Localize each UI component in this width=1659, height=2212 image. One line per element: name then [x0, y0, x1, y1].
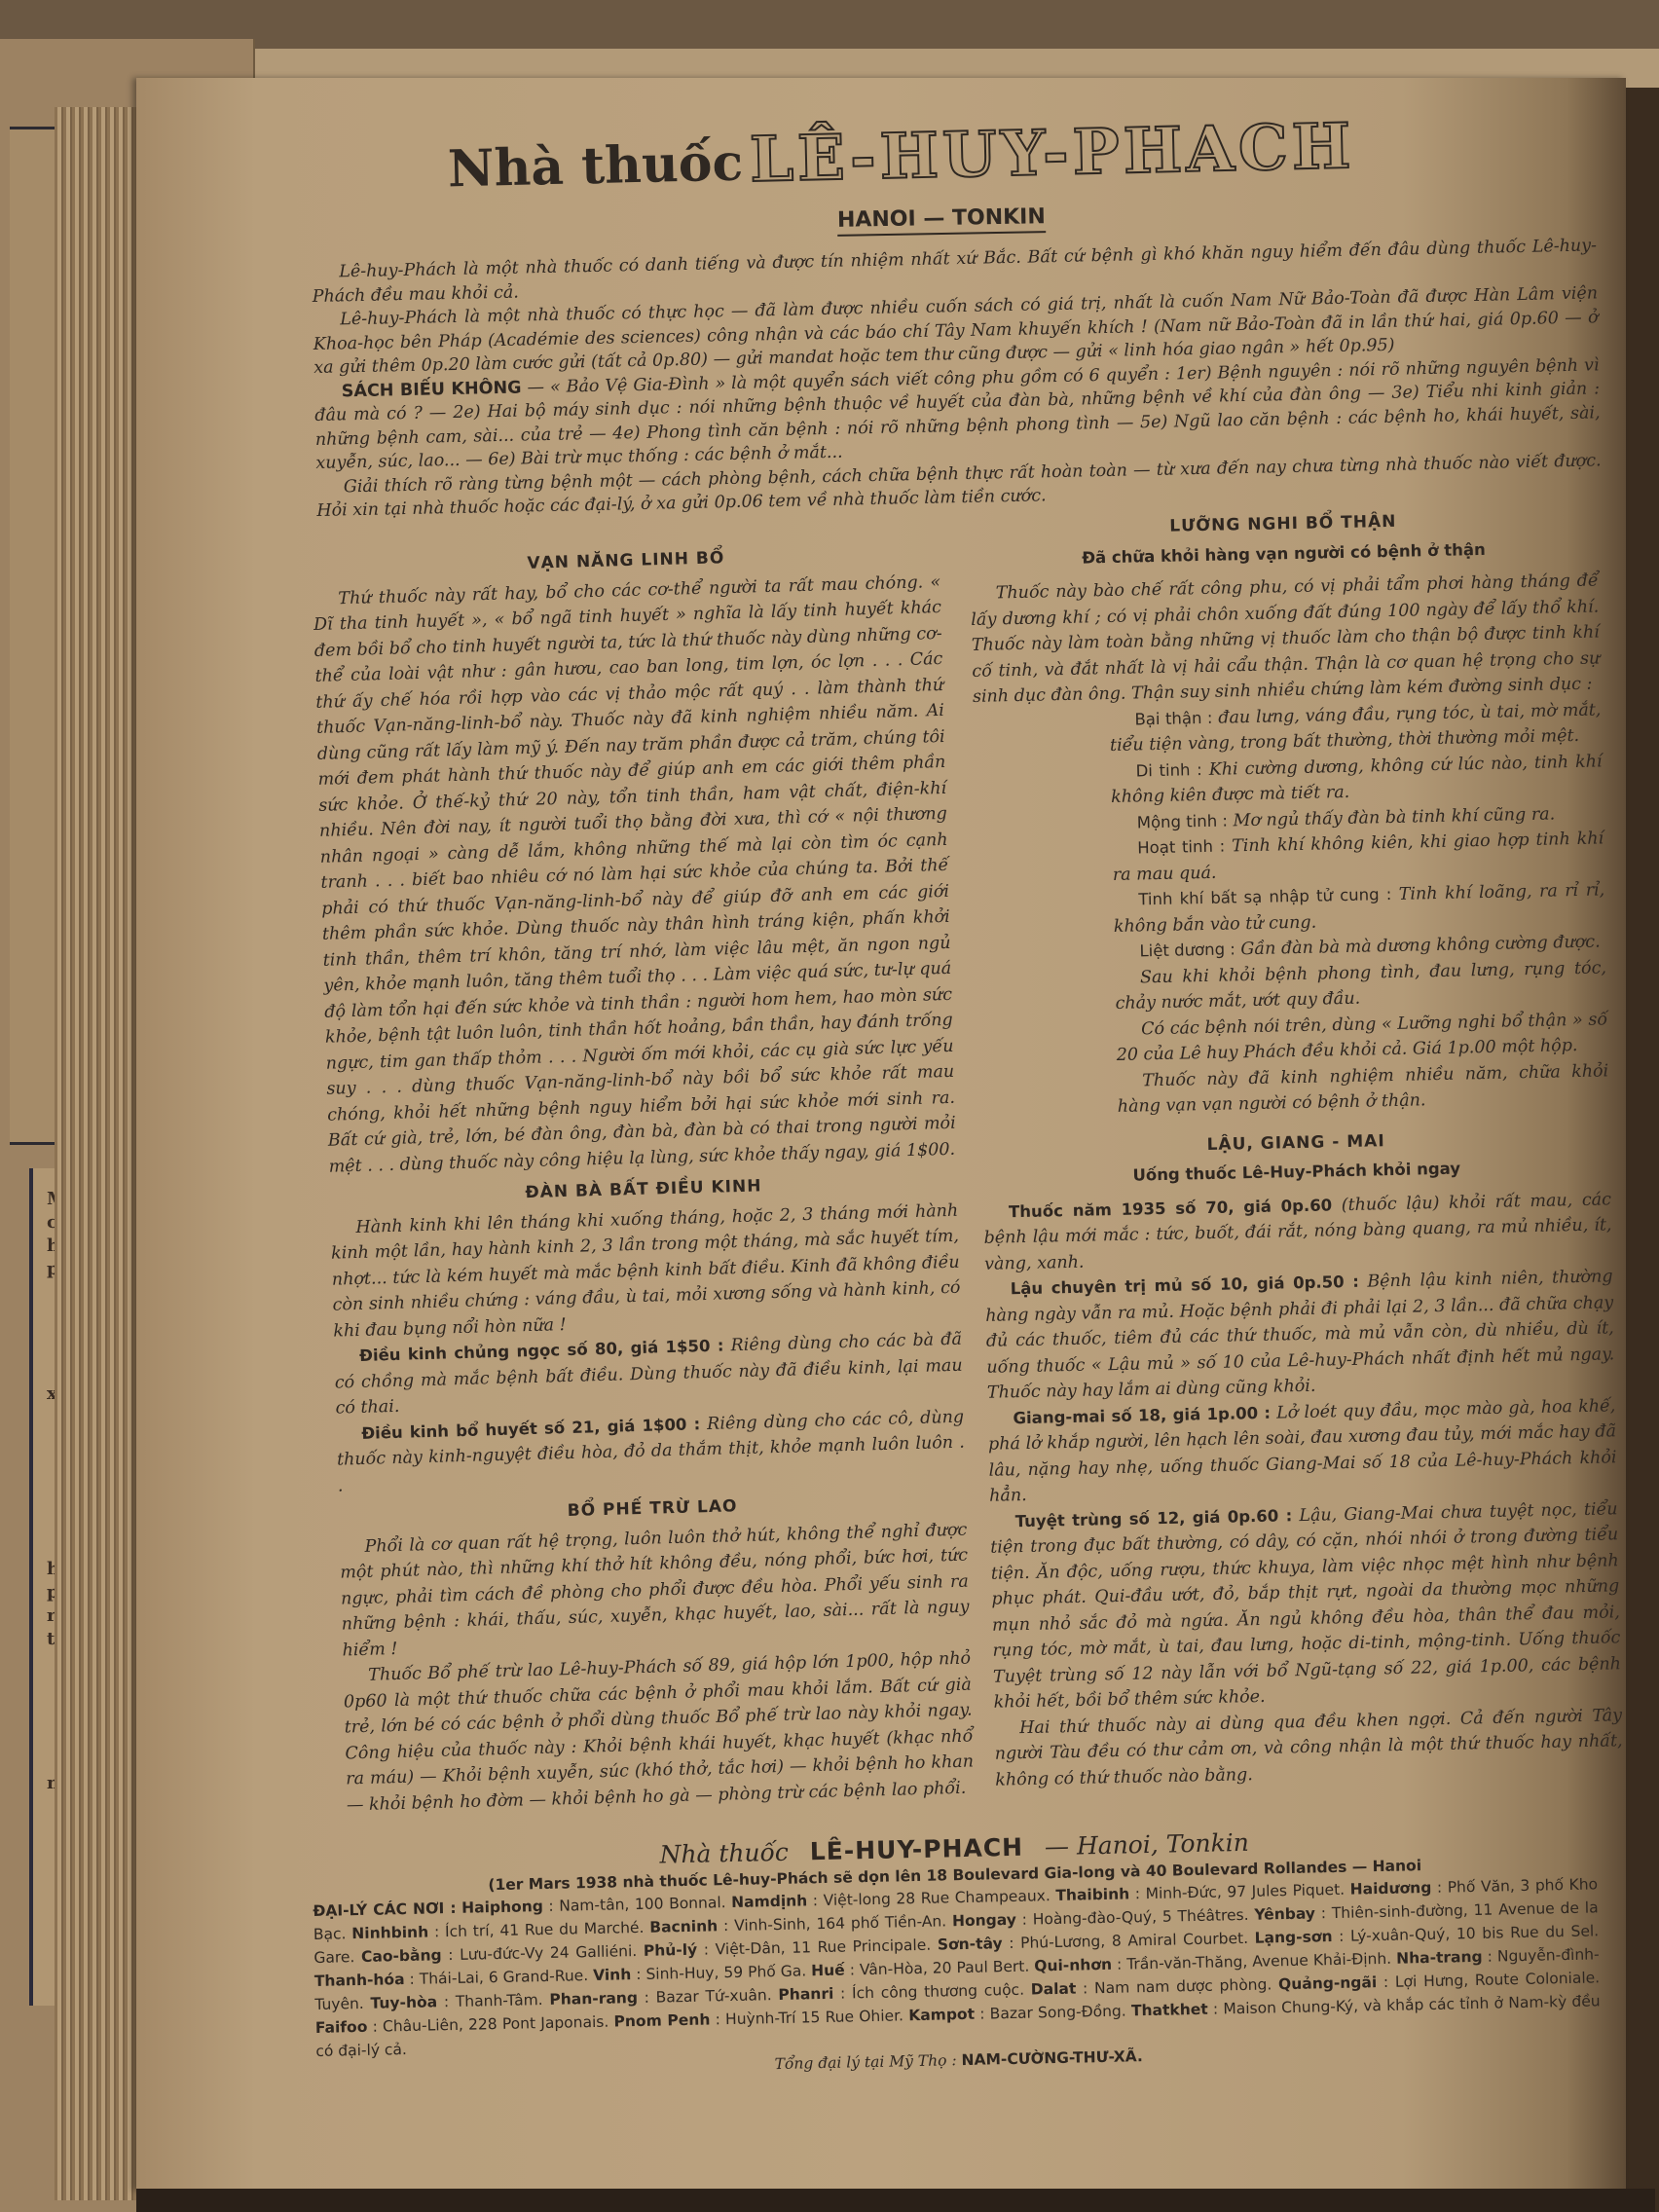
product-name-price: Lậu chuyên trị mủ số 10, giá 0p.50 : [1011, 1272, 1360, 1297]
product-entry: Giang-mai số 18, giá 1p.00 : Lở loét quy… [987, 1392, 1617, 1508]
symptom-term: Tinh khí bất sạ nhập tử cung : [1138, 884, 1391, 907]
agent-name: Vân-Hòa, 20 Paul Bert. [860, 1957, 1030, 1978]
advertisement-page: Nhà thuốc LÊ-HUY-PHACH HANOI — TONKIN Lê… [136, 78, 1626, 2191]
symptom-desc: Mơ ngủ thấy đàn bà tinh khí cũng ra. [1233, 803, 1555, 829]
agent-city: Haiphong [461, 1898, 543, 1917]
masthead-subtitle: HANOI — TONKIN [837, 204, 1046, 237]
agent-name: Phú-Lương, 8 Amiral Courbet. [1020, 1929, 1248, 1951]
agent-name: Vinh-Sinh, 164 phố Tiền-An. [734, 1912, 946, 1935]
agents-label: ĐẠI-LÝ CÁC NƠI : [313, 1899, 457, 1919]
agent-city: Thanh-hóa [314, 1971, 405, 1990]
agent-city: Thatkhet [1131, 2000, 1208, 2019]
product-entry: Lậu chuyên trị mủ số 10, giá 0p.50 : Bện… [984, 1264, 1615, 1406]
symptom-term: Liệt dương : [1139, 940, 1235, 960]
agent-name: Bazar Song-Đồng. [990, 2002, 1126, 2022]
agent-city: Ninhbinh [351, 1923, 428, 1942]
agent-city: Hongay [952, 1910, 1016, 1929]
agent-name: Minh-Đức, 97 Jules Piquet. [1145, 1880, 1345, 1901]
agent-name: Việt-long 28 Rue Champeaux. [823, 1887, 1051, 1909]
agent-city: Tuy-hòa [370, 1993, 437, 2011]
footer: Nhà thuốc LÊ-HUY-PHACH — Hanoi, Tonkin (… [312, 1821, 1602, 2083]
agent-city: Bacninh [649, 1917, 718, 1935]
general-agent-label: Tổng đại lý tại Mỹ Thọ : [774, 2051, 956, 2073]
symptom-term: Di tinh : [1135, 759, 1202, 779]
agent-name: Hoàng-đào-Quý, 5 Théâtres. [1033, 1905, 1249, 1928]
footer-title-name: LÊ-HUY-PHACH [810, 1832, 1024, 1865]
agent-city: Quảng-ngãi [1278, 1973, 1377, 1993]
testimonial-note: Hai thứ thuốc này ai dùng qua đều khen n… [994, 1702, 1624, 1792]
agent-city: Pnom Penh [613, 2010, 710, 2030]
agent-city: Sơn-tây [938, 1935, 1003, 1953]
agent-city: Namdịnh [731, 1892, 807, 1911]
agent-city: Huế [811, 1961, 845, 1979]
masthead: Nhà thuốc LÊ-HUY-PHACH HANOI — TONKIN [312, 117, 1597, 224]
agent-name: Huỳnh-Trí 15 Rue Ohier. [725, 2007, 903, 2028]
agent-name: Châu-Liên, 228 Pont Japonais. [383, 2012, 609, 2035]
agent-city: Dalat [1031, 1979, 1077, 1998]
masthead-prefix: Nhà thuốc [447, 133, 743, 200]
agent-city: Lạng-sơn [1255, 1928, 1333, 1947]
footer-title-prefix: Nhà thuốc [659, 1837, 789, 1868]
symptom-desc: Gần đàn bà mà dương không cường được. [1240, 932, 1601, 959]
agent-name: Sinh-Huy, 59 Phố Ga. [645, 1962, 806, 1982]
section-paragraph: Hành kinh khi lên tháng khi xuống tháng,… [330, 1198, 961, 1344]
agent-name: Nam nam dược phòng. [1094, 1975, 1272, 1997]
product-description: Lậu, Giang-Mai chưa tuyệt nọc, tiểu tiện… [990, 1498, 1621, 1712]
product-name-price: Giang-mai số 18, giá 1p.00 : [1013, 1403, 1271, 1427]
agent-name: Lợi Hưng, Route Coloniale. [1395, 1969, 1601, 1990]
agent-city: Vinh [593, 1966, 631, 1984]
agent-name: Lưu-đức-Vy 24 Galliéni. [460, 1942, 637, 1964]
section-paragraph: Thuốc này bào chế rất công phu, có vị ph… [970, 568, 1601, 710]
agent-name: Nam-tân, 100 Bonnal. [559, 1894, 726, 1915]
symptom-desc: Sau khi khỏi bệnh phong tình, đau lưng, … [1115, 957, 1606, 1013]
section-paragraph: Phổi là cơ quan rất hệ trọng, luôn luôn … [339, 1517, 970, 1663]
symptom-term: Bại thận : [1134, 708, 1212, 728]
agents-list: ĐẠI-LÝ CÁC NƠI : Haiphong : Nam-tân, 100… [313, 1872, 1601, 2063]
agent-name: Thái-Lai, 6 Grand-Rue. [420, 1967, 589, 1988]
agent-city: Faifoo [315, 2017, 368, 2036]
symptom-term: Mộng tinh : [1137, 811, 1229, 831]
intro-section: Lê-huy-Phách là một nhà thuốc có danh ti… [312, 234, 1602, 523]
agent-name: Trần-văn-Thăng, Avenue Khải-Định. [1126, 1949, 1391, 1972]
product-entry: Thuốc năm 1935 số 70, giá 0p.60 (thuốc l… [983, 1186, 1613, 1276]
agent-name: Thanh-Tâm. [456, 1991, 543, 2010]
masthead-name: LÊ-HUY-PHACH [749, 110, 1355, 197]
agent-name: Bazar Tứ-xuân. [655, 1986, 771, 2006]
bottom-page-fold-shadow [136, 2189, 1655, 2212]
agent-name: Việt-Dân, 11 Rue Principale. [715, 1935, 931, 1958]
free-book-lead: SÁCH BIẾU KHÔNG [342, 378, 522, 401]
general-agent-name: NAM-CƯỜNG-THƯ-XÃ. [961, 2047, 1143, 2069]
agent-name: Ích công thương cuộc. [852, 1980, 1024, 2002]
agent-city: Nha-trang [1396, 1947, 1483, 1967]
agent-city: Yênbay [1254, 1904, 1315, 1923]
agent-city: Phanri [778, 1984, 833, 2003]
agent-city: Kampot [908, 2005, 975, 2023]
left-column: VẠN NĂNG LINH BỔ Thứ thuốc này rất hay, … [312, 533, 975, 1818]
two-column-body: VẠN NĂNG LINH BỔ Thứ thuốc này rất hay, … [312, 551, 1597, 1819]
agent-city: Phủ-lý [644, 1940, 698, 1959]
agent-city: Thaibinh [1055, 1885, 1129, 1904]
product-entry: Tuyệt trùng số 12, giá 0p.60 : Lậu, Gian… [989, 1495, 1621, 1714]
section-paragraph: Thứ thuốc này rất hay, bổ cho các cơ-thể… [313, 569, 957, 1179]
agent-city: Cao-bằng [361, 1946, 442, 1966]
agent-city: Haidương [1350, 1878, 1432, 1898]
agent-city: Qui-nhơn [1034, 1955, 1112, 1974]
product-name-price: Tuyệt trùng số 12, giá 0p.60 : [1015, 1505, 1293, 1530]
right-column: LƯỠNG NGHI BỔ THẬN Đã chữa khỏi hàng vạn… [969, 498, 1624, 1818]
product-name-price: Thuốc năm 1935 số 70, giá 0p.60 [1009, 1195, 1333, 1220]
section-paragraph: Thuốc Bổ phế trừ lao Lê-huy-Phách số 89,… [343, 1645, 975, 1818]
agent-name: Ích trí, 41 Rue du Marché. [445, 1918, 645, 1939]
agent-city: Phan-rang [549, 1989, 638, 2009]
symptom-term: Hoạt tinh : [1137, 836, 1225, 857]
footer-title-suffix: — Hanoi, Tonkin [1045, 1827, 1249, 1860]
agent-name: Lý-xuân-Quý, 10 bis Rue du Sel. [1350, 1922, 1599, 1944]
